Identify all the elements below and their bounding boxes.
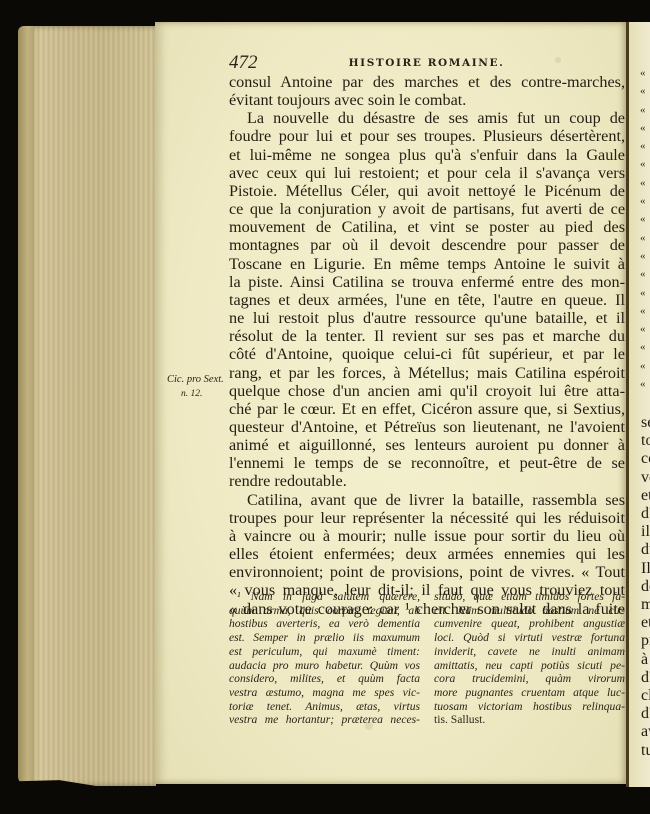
book-bottom-shadow bbox=[18, 768, 156, 790]
footnote-line: tuosam victoriam hostibus relinqua- bbox=[434, 700, 625, 714]
text-line: avec ceux qui lui restoient; et pour cel… bbox=[229, 164, 625, 182]
text-line: questeur d'Antoine, et Pétreïus son lieu… bbox=[229, 418, 625, 436]
text-line: ce que la conjuration y avoit de partisa… bbox=[229, 200, 625, 218]
footnote-line: cit. Nam multitudo hostium ne cir- bbox=[434, 604, 625, 618]
text-line: l'ennemi le temps de se reconnoître, et … bbox=[229, 454, 625, 472]
text-line: Toscane en Ligurie. En même temps Antoin… bbox=[229, 255, 625, 273]
footnote-line: est periculum, qui maxumè timent: bbox=[229, 645, 420, 659]
text-line: rendre redoutable. bbox=[229, 472, 625, 490]
footnote-line: loci. Quòd si virtuti vestræ fortuna bbox=[434, 631, 625, 645]
footnote-line: quùm arma, quis corpus tegitur, ab bbox=[229, 604, 420, 618]
footnote-line: hostibus averteris, ea verò dementia bbox=[229, 617, 420, 631]
text-line: ne lui restoit plus d'autre ressource qu… bbox=[229, 309, 625, 327]
text-line: la piste. Ainsi Catilina se trouva enfer… bbox=[229, 273, 625, 291]
footnote-line: cumvenire queat, prohibent angustiæ bbox=[434, 617, 625, 631]
text-line: à vaincre ou à mourir; nulle issue pour … bbox=[229, 527, 625, 545]
text-line: et lui-même ne songea plus qu'à s'enfuir… bbox=[229, 146, 625, 164]
footnote-line: vestra æstumo, magna me spes vic- bbox=[229, 686, 420, 700]
text-line: côté d'Antoine, quoique celui-ci fût sup… bbox=[229, 345, 625, 363]
footnote-line: audacia pro muro habetur. Quùm vos bbox=[229, 659, 420, 673]
footnote-column-right: situdo, quæ etiam timidos fortes fa- cit… bbox=[434, 590, 625, 727]
facing-page-fragments: se to co vo et d' il du Il de m et pr à … bbox=[641, 414, 650, 760]
footnote-line: vestra me hortantur; præterea neces- bbox=[229, 713, 420, 727]
body-text: consul Antoine par des marches et des co… bbox=[229, 73, 625, 618]
footnote-line: est. Semper in prælio iis maxumum bbox=[229, 631, 420, 645]
footnote-line: inviderit, cavete ne inulti animam bbox=[434, 645, 625, 659]
margin-note-reference: Cic. pro Sext. bbox=[167, 373, 229, 387]
margin-note: Cic. pro Sext. n. 12. bbox=[167, 373, 229, 401]
footnote-line: cora trucidemini, quàm virorum bbox=[434, 672, 625, 686]
running-head: 472 HISTOIRE ROMAINE. bbox=[229, 52, 624, 72]
footnote-line: ¹ Nam in fugâ salutem quærere, bbox=[229, 590, 420, 604]
text-line: consul Antoine par des marches et des co… bbox=[229, 73, 625, 91]
book-fore-edge bbox=[18, 26, 156, 786]
footnote-line: more pugnantes cruentam atque luc- bbox=[434, 686, 625, 700]
facing-page: « « « « « « « « « « « « « « « « « « se t… bbox=[629, 22, 650, 787]
text-line: environnoient; point de provisions, poin… bbox=[229, 563, 625, 581]
text-line: La nouvelle du désastre de ses amis fut … bbox=[229, 109, 625, 127]
footnote-line: toriæ tenet. Animus, ætas, virtus bbox=[229, 700, 420, 714]
footnote-line: amittatis, neu capti potiùs sicuti pe- bbox=[434, 659, 625, 673]
book-cover-edge bbox=[18, 26, 34, 786]
text-line: résolut de la tenter. Il revient sur ses… bbox=[229, 327, 625, 345]
text-line: tagnes et deux armées, l'une en tête, l'… bbox=[229, 291, 625, 309]
footnotes: ¹ Nam in fugâ salutem quærere, quùm arma… bbox=[229, 590, 625, 727]
text-line: évitant toujours avec soin le combat. bbox=[229, 91, 625, 109]
footnote-column-left: ¹ Nam in fugâ salutem quærere, quùm arma… bbox=[229, 590, 420, 727]
text-line: Catilina, avant que de livrer la bataill… bbox=[229, 491, 625, 509]
text-line: montagnes par où il devoit descendre pou… bbox=[229, 236, 625, 254]
footnote-line: tis. Sallust. bbox=[434, 713, 625, 727]
text-line: animé et aiguillonné, ses lenteurs auroi… bbox=[229, 436, 625, 454]
text-line: Pistoie. Métellus Céler, qui avoit netto… bbox=[229, 182, 625, 200]
text-line: quelque chose d'un ancien ami qu'il croy… bbox=[229, 382, 625, 400]
text-line: ché par le cœur. Et en effet, Cicéron as… bbox=[229, 400, 625, 418]
text-line: foudre pour lui et pour ses troupes. Plu… bbox=[229, 127, 625, 145]
text-line: troupes pour leur représenter la nécessi… bbox=[229, 509, 625, 527]
text-line: rang, et par les forces, à Métellus; mai… bbox=[229, 364, 625, 382]
text-line: elles étoient enfermées; deux armées enn… bbox=[229, 545, 625, 563]
footnote-line: considero, milites, et quùm facta bbox=[229, 672, 420, 686]
margin-note-section: n. 12. bbox=[167, 387, 229, 401]
facing-page-quote-marks: « « « « « « « « « « « « « « « « « « bbox=[640, 64, 646, 393]
footnote-line: situdo, quæ etiam timidos fortes fa- bbox=[434, 590, 625, 604]
running-head-title: HISTOIRE ROMAINE. bbox=[229, 57, 624, 69]
text-line: mouvement de Catilina, et vint se poster… bbox=[229, 218, 625, 236]
